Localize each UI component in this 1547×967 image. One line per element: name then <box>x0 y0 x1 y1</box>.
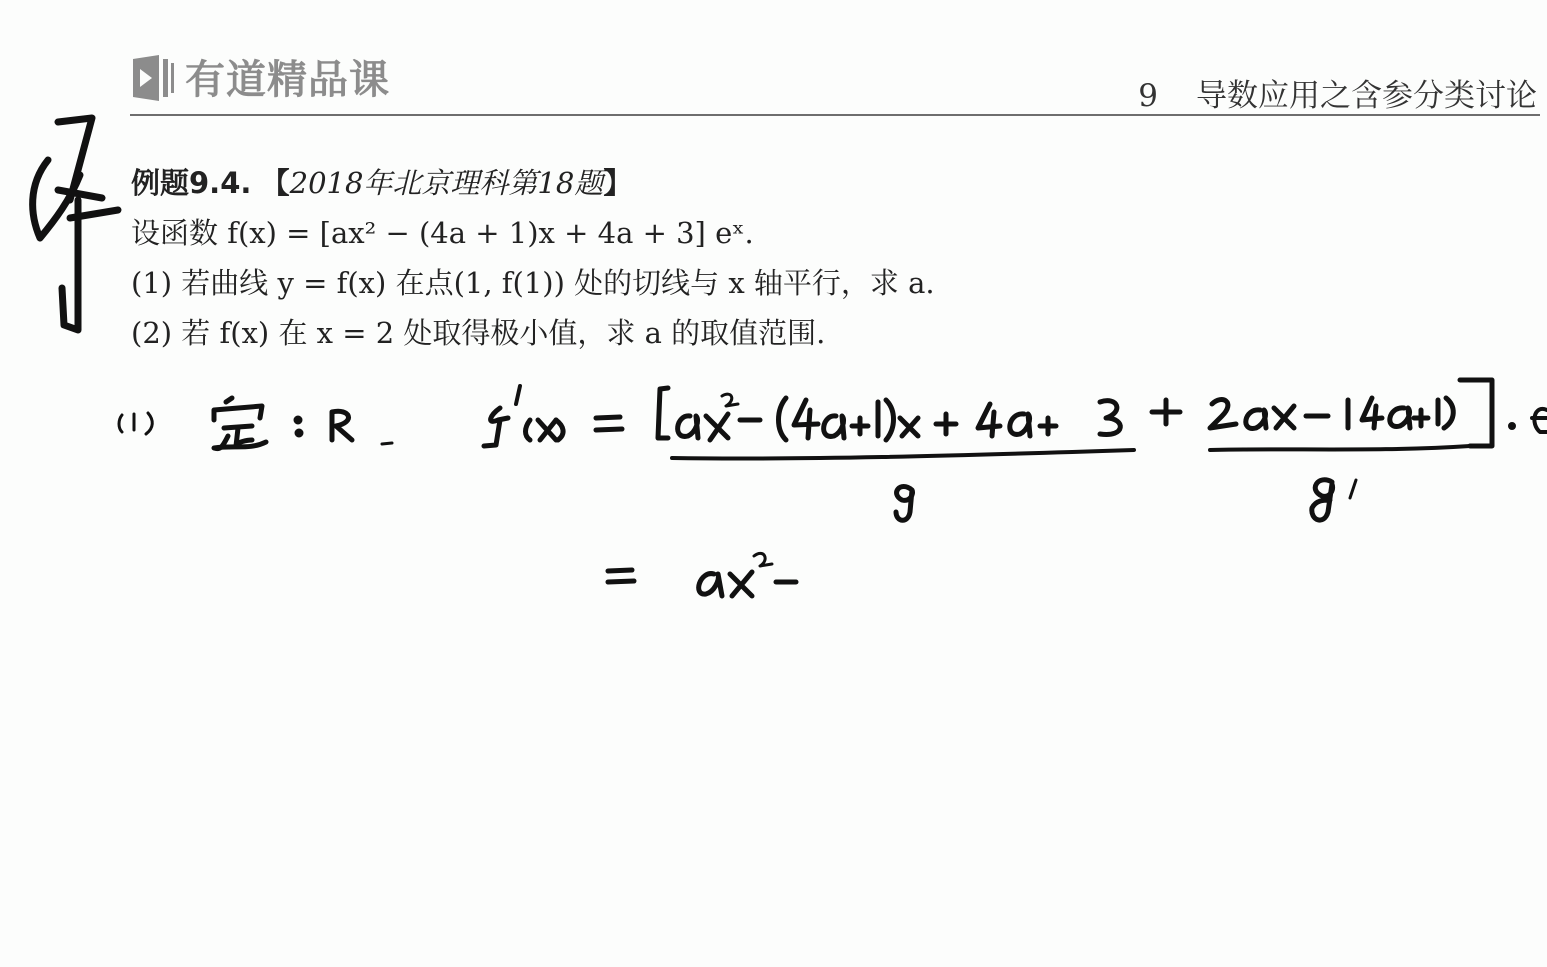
hw-term-g <box>658 388 1134 459</box>
handwriting-layer <box>0 0 1547 967</box>
hw-domain-char <box>214 398 266 449</box>
hw-domain-R <box>296 411 392 444</box>
hw-plus <box>1152 400 1180 424</box>
hw-label-gprime <box>1312 480 1356 520</box>
hw-label-g <box>896 487 913 521</box>
margin-mark-solution <box>33 118 118 330</box>
hw-derivative-lhs <box>484 386 622 446</box>
hw-part-label <box>119 413 152 434</box>
hw-term-gprime <box>1210 380 1492 450</box>
hw-line-2 <box>608 553 796 596</box>
hw-exp-factor <box>1510 409 1547 432</box>
